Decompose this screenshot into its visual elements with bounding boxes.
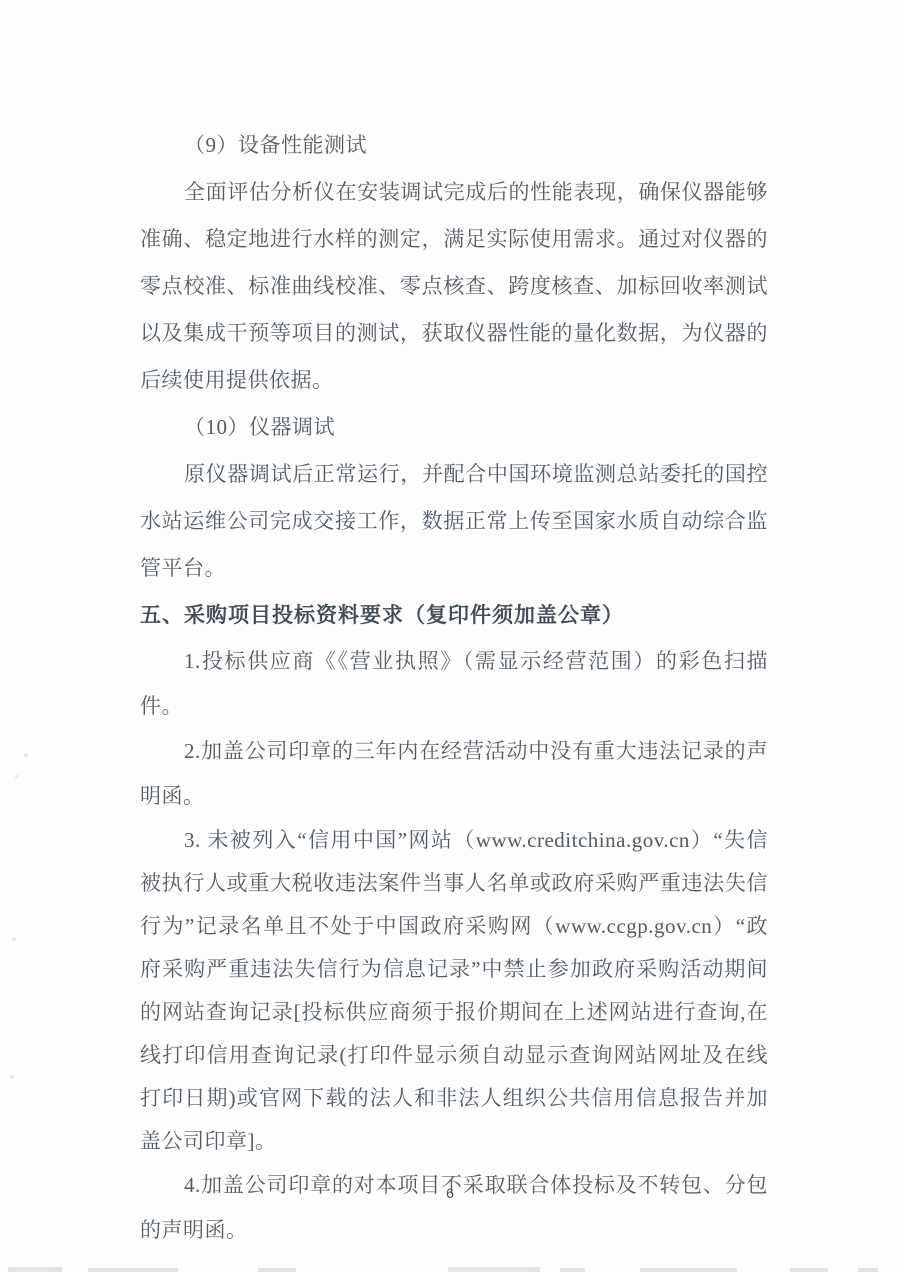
- scan-speck: [12, 938, 16, 941]
- scan-edge-artifact: [88, 1268, 178, 1272]
- scan-edge-artifact: [448, 1267, 540, 1272]
- page-number: 6: [0, 1185, 900, 1201]
- scan-edge-artifact: [8, 1267, 62, 1272]
- section-heading: 五、采购项目投标资料要求（复印件须加盖公章）: [140, 592, 768, 639]
- sub-heading: （9）设备性能测试: [140, 122, 768, 169]
- sub-heading: （10）仪器调试: [140, 404, 768, 451]
- scan-speck: [10, 1075, 14, 1079]
- scan-edge-artifact: [790, 1268, 828, 1272]
- paragraph: 1.投标供应商《《营业执照》（需显示经营范围）的彩色扫描件。: [140, 639, 768, 729]
- paragraph: 4.加盖公司印章的对本项目不采取联合体投标及不转包、分包的声明函。: [140, 1163, 768, 1253]
- paragraph: 全面评估分析仪在安装调试完成后的性能表现，确保仪器能够准确、稳定地进行水样的测定…: [140, 169, 768, 404]
- scan-speck: [15, 775, 18, 778]
- paragraph: 2.加盖公司印章的三年内在经营活动中没有重大违法记录的声明函。: [140, 729, 768, 819]
- scan-edge-artifact: [640, 1268, 737, 1272]
- scan-edge-artifact: [258, 1268, 296, 1272]
- scan-edge-artifact: [858, 1268, 878, 1272]
- paragraph: 原仪器调试后正常运行，并配合中国环境监测总站委托的国控水站运维公司完成交接工作，…: [140, 451, 768, 592]
- scan-edge-artifact: [560, 1268, 585, 1272]
- document-page: （9）设备性能测试全面评估分析仪在安装调试完成后的性能表现，确保仪器能够准确、稳…: [0, 0, 900, 1273]
- document-body: （9）设备性能测试全面评估分析仪在安装调试完成后的性能表现，确保仪器能够准确、稳…: [140, 122, 768, 1253]
- paragraph: 3. 未被列入“信用中国”网站（www.creditchina.gov.cn）“…: [140, 819, 768, 1163]
- scan-speck: [24, 753, 28, 757]
